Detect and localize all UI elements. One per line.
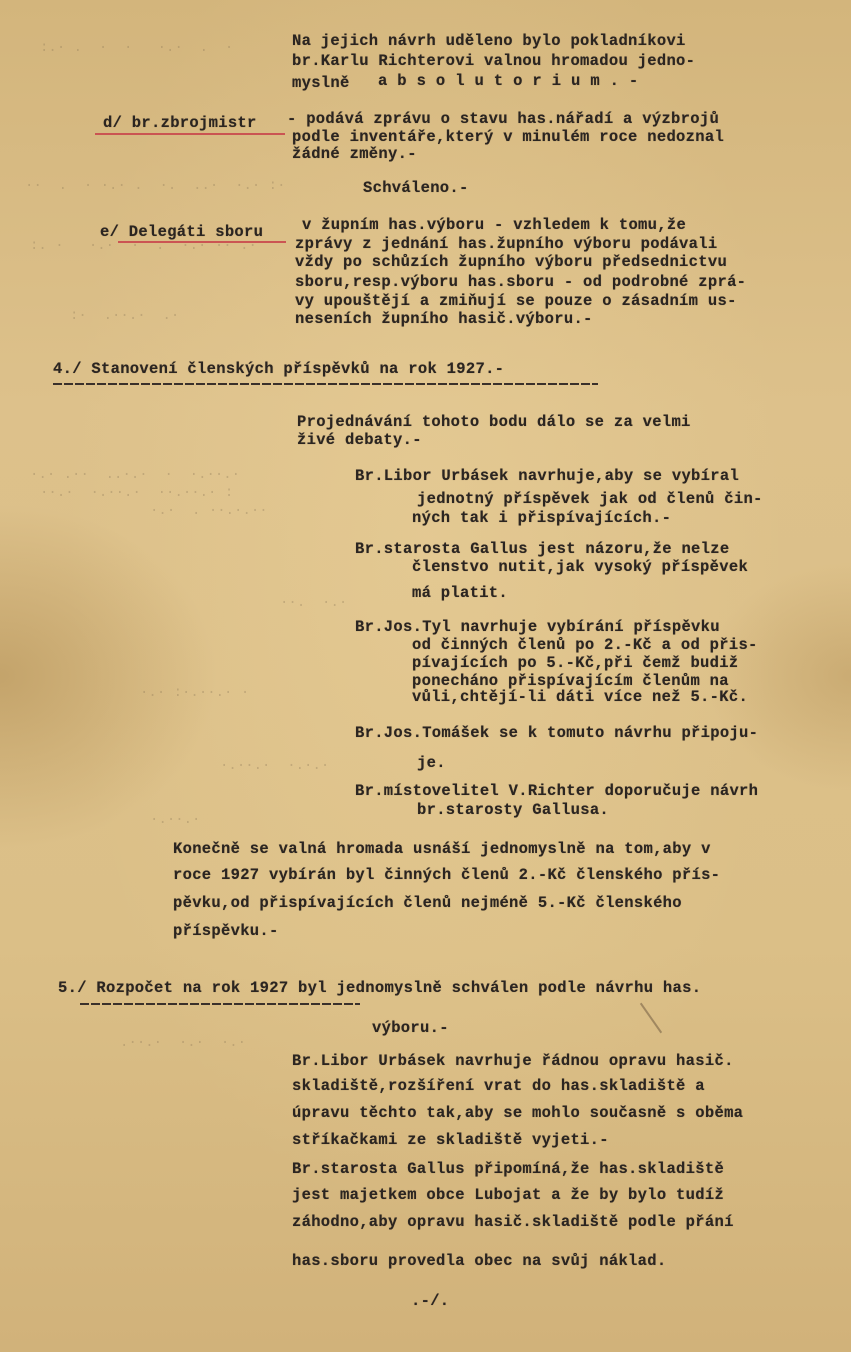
page-continuation-mark: .-/. [411,1292,449,1310]
item-d-result: Schváleno.- [363,179,469,197]
text-line: výboru.- [372,1019,449,1037]
text-line: br.starosty Gallusa. [417,801,609,819]
text-line: vůli,chtějí-li dáti více než 5.-Kč. [412,688,748,706]
document-page: · . ·.· · · . ·.: ·: ·.· ·.. .· . ·.· · … [0,0,851,1352]
bleed-through-text: ·: ·.· ·.. .· . ·.· · . ·· [25,178,285,194]
text-line: zprávy z jednání has.župního výboru podá… [295,235,717,253]
text-line: stříkačkami ze skladiště vyjeti.- [292,1131,609,1149]
text-line: podle inventáře,který v minulém roce ned… [292,128,724,146]
text-line: od činných členů po 2.-Kč a od přis- [412,636,758,654]
text-line: jednotný příspěvek jak od členů čin- [417,490,763,508]
text-line: vy upouštějí a zmiňují se pouze o zásadn… [295,292,737,310]
red-underline [95,133,285,135]
text-line: - podává zprávu o stavu has.nářadí a výz… [287,110,719,128]
text-line: Br.Libor Urbásek navrhuje,aby se vybíral [355,467,739,485]
bleed-through-text: ·.· ·.· ·.··. [120,1035,246,1051]
text-line: Br.Jos.Tyl navrhuje vybírání příspěvku [355,618,720,636]
text-line: sboru,resp.výboru has.sboru - od podrobn… [295,273,746,291]
text-line: Na jejich návrh uděleno bylo pokladníkov… [292,32,686,50]
section-4-heading: 4./ Stanovení členských příspěvků na rok… [53,360,504,378]
text-line: br.Karlu Richterovi valnou hromadou jedn… [292,52,695,70]
item-d-label: d/ br.zbrojmistr [103,114,257,132]
text-line: vždy po schůzích župního výboru předsedn… [295,253,727,271]
text-line-spaced: absolutorium.- [378,72,648,90]
bleed-through-text: · . ·.· · · . ·.: [40,40,233,56]
bleed-through-text: ·. ·.··. ·: [70,308,179,324]
text-line: Br.místovelitel V.Richter doporučuje náv… [355,782,758,800]
red-underline [118,241,286,243]
dashed-underline [53,383,598,385]
bleed-through-text: ··.·.·· . ·.· [150,503,268,519]
text-line: příspěvku.- [173,922,279,940]
item-e-label: e/ Delegáti sboru [100,223,263,241]
bleed-through-text: ·.··.· · ·.·.. ··. ·.· [30,467,240,483]
text-line: Br.Jos.Tomášek se k tomuto návrhu připoj… [355,724,758,742]
text-line: Konečně se valná hromada usnáší jednomys… [173,840,711,858]
text-line: Br.starosta Gallus jest názoru,že nelze [355,540,729,558]
text-line: Projednávání tohoto bodu dálo se za velm… [297,413,691,431]
bleed-through-text: ·.·.· ·.··.· [220,758,329,774]
bleed-through-text: ·.· .·· [280,595,347,611]
text-line: členstvo nutit,jak vysoký příspěvek [412,558,748,576]
text-line: has.sboru provedla obec na svůj náklad. [292,1252,666,1270]
text-line: úpravu těchto tak,aby se mohlo současně … [292,1104,743,1122]
text-line: jest majetkem obce Lubojat a že by bylo … [292,1186,724,1204]
text-line: Br.starosta Gallus připomíná,že has.skla… [292,1160,724,1178]
bleed-through-text: : ·.··.·· ·.··.· ·.·· [40,485,233,501]
text-line: je. [417,754,446,772]
dashed-underline [80,1003,360,1005]
text-line: pěvku,od přispívajících členů nejméně 5.… [173,894,682,912]
text-line: záhodno,aby opravu hasič.skladiště podle… [292,1213,734,1231]
bleed-through-text: ·.··.· [150,812,200,828]
text-line: v župním has.výboru - vzhledem k tomu,že [302,216,686,234]
text-line: má platit. [412,584,508,602]
text-line: roce 1927 vybírán byl činných členů 2.-K… [173,866,720,884]
text-line: živé debaty.- [297,431,422,449]
text-line: pívajících po 5.-Kč,při čemž budiž [412,654,738,672]
section-5-heading: 5./ Rozpočet na rok 1927 byl jednomyslně… [58,979,701,997]
text-line: ných tak i přispívajících.- [412,509,671,527]
text-line: Br.Libor Urbásek navrhuje řádnou opravu … [292,1052,734,1070]
text-line: skladiště,rozšíření vrat do has.skladišt… [292,1077,705,1095]
bleed-through-text: · ·.··.·: ·.· [140,685,249,701]
text-line: myslně [292,74,350,92]
text-line: žádné změny.- [292,145,417,163]
text-line: neseních župního hasič.výboru.- [295,310,593,328]
pencil-mark [640,1003,662,1034]
